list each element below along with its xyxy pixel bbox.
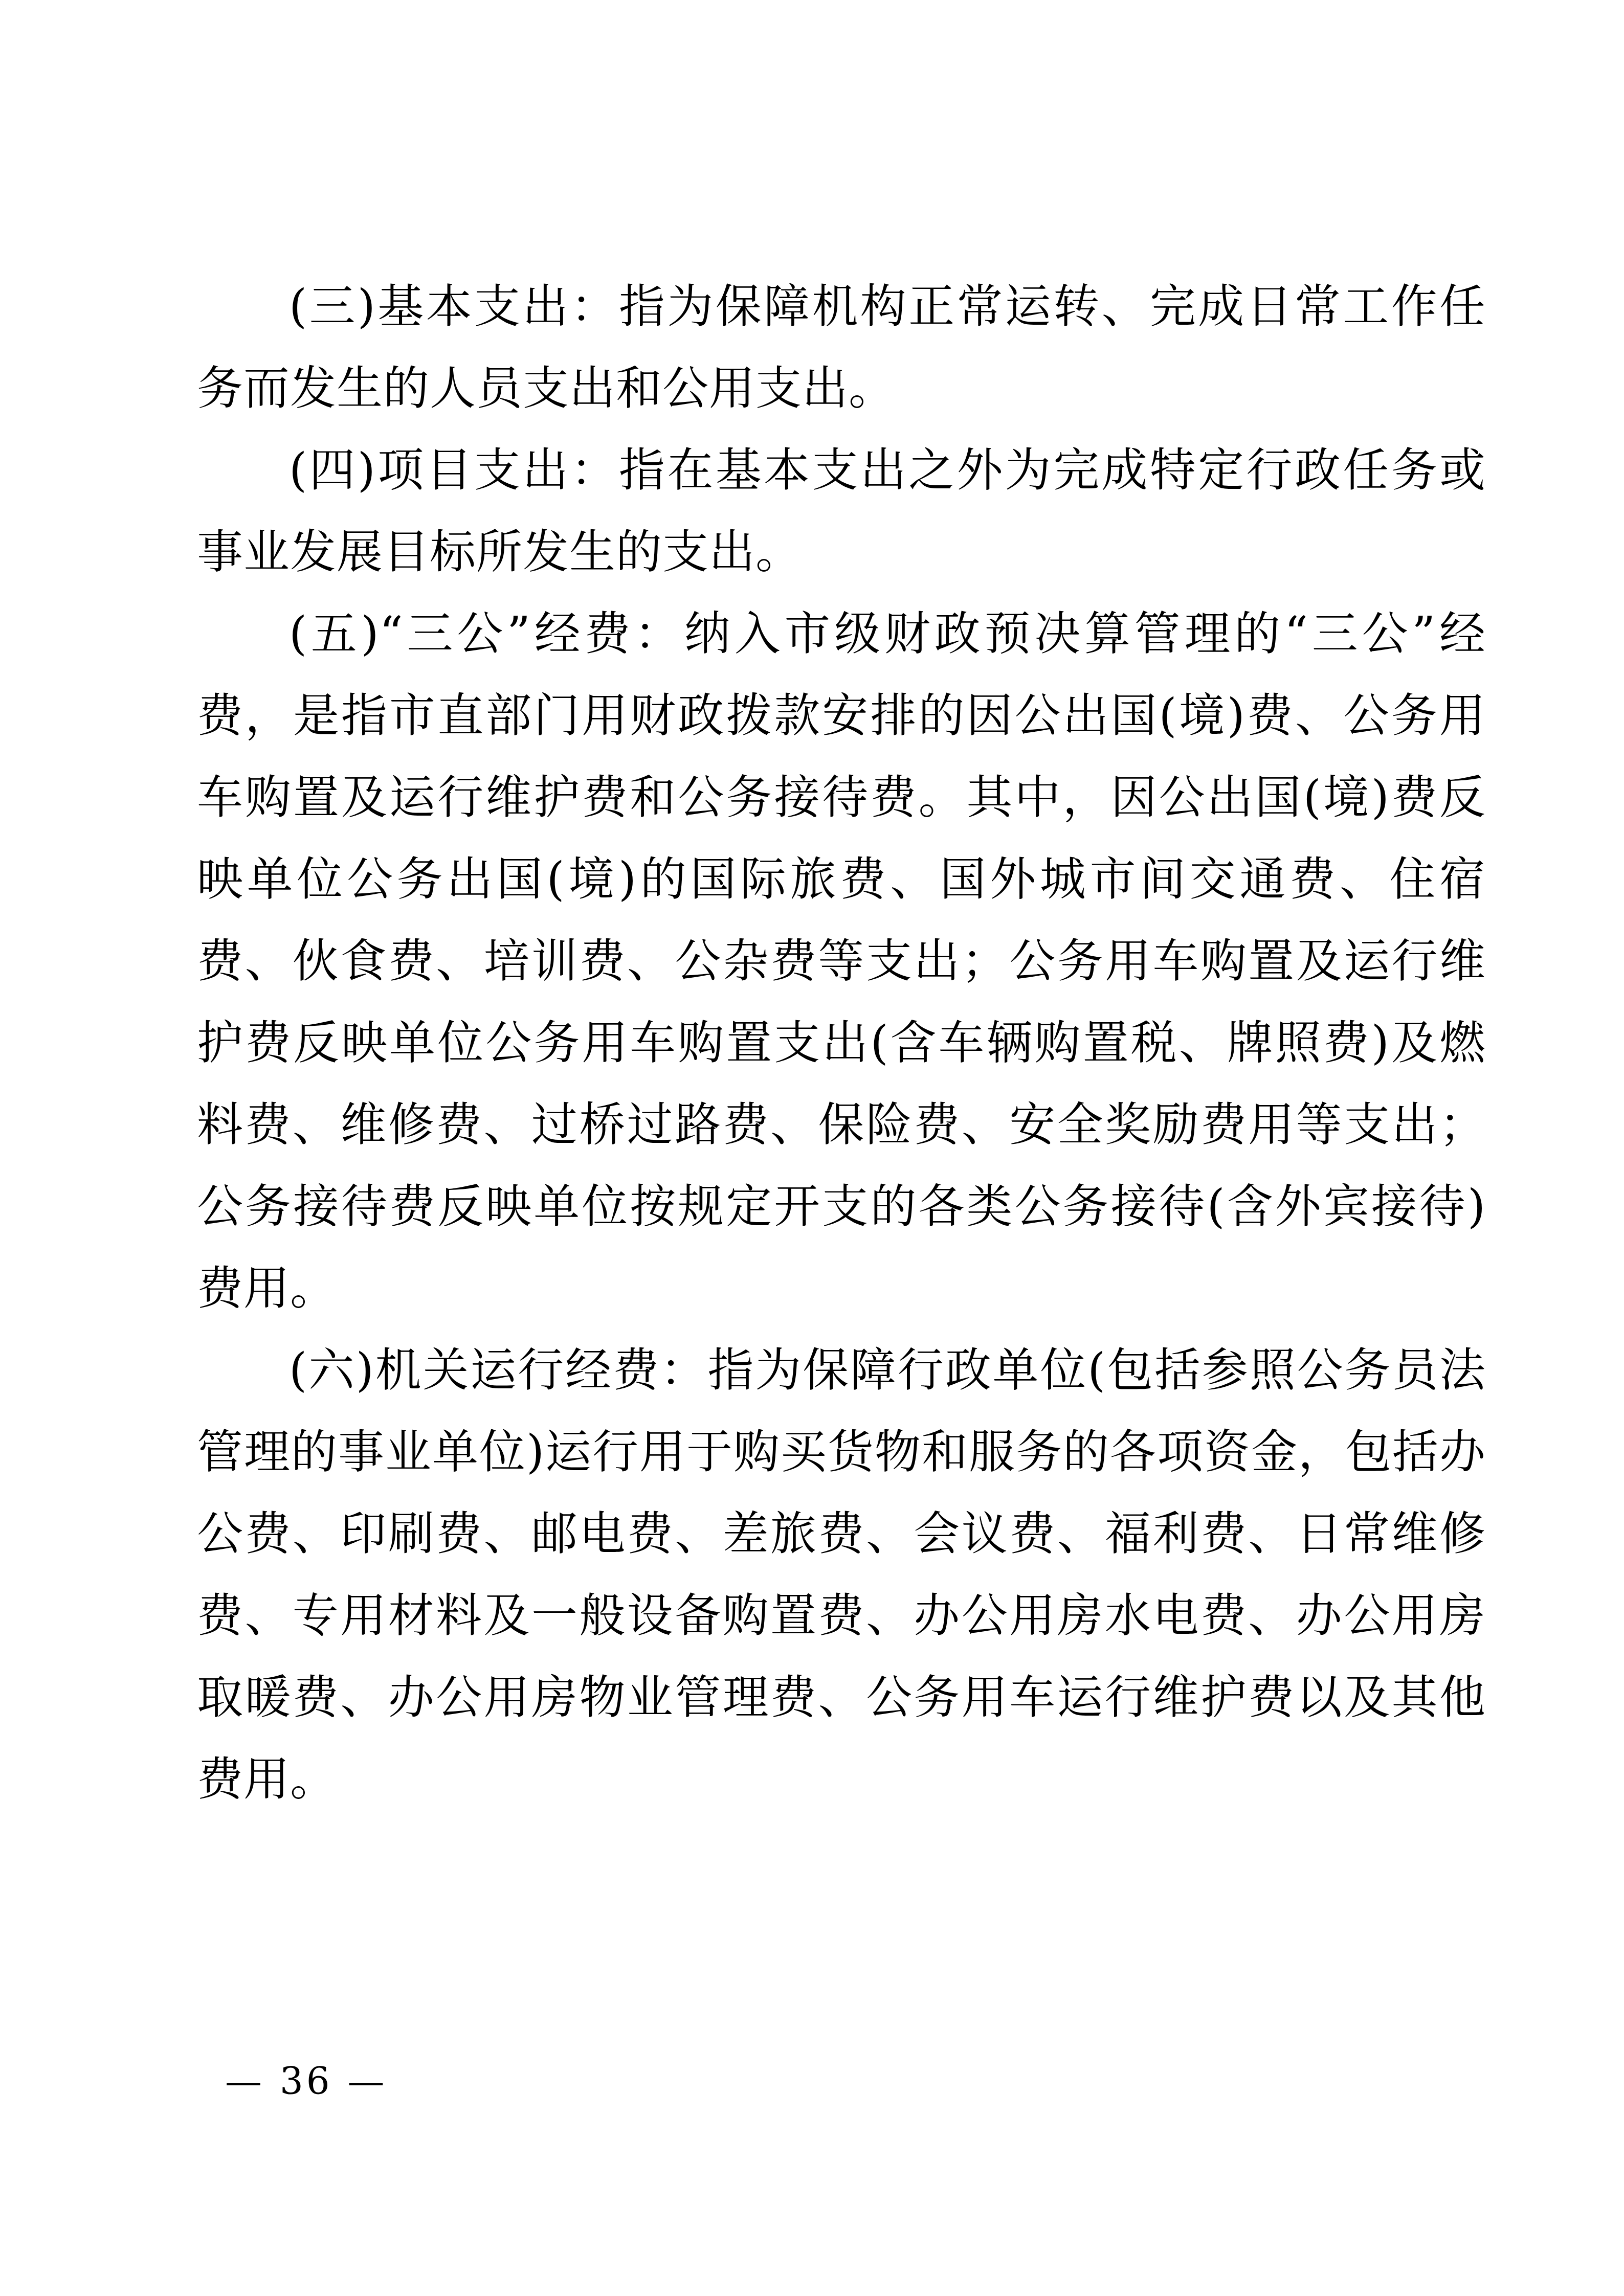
paragraph-project-expenditure: (四)项目支出：指在基本支出之外为完成特定行政任务或事业发展目标所发生的支出。 xyxy=(197,430,1486,593)
page-number-footer: — 36 — xyxy=(225,2061,387,2102)
paragraph-agency-operating-funds: (六)机关运行经费：指为保障行政单位(包括参照公务员法管理的事业单位)运行用于购… xyxy=(197,1330,1486,1820)
paragraph-basic-expenditure: (三)基本支出：指为保障机构正常运转、完成日常工作任务而发生的人员支出和公用支出… xyxy=(197,266,1486,430)
document-page: (三)基本支出：指为保障机构正常运转、完成日常工作任务而发生的人员支出和公用支出… xyxy=(0,0,1624,2296)
paragraph-three-public-funds: (五)“三公”经费：纳入市级财政预决算管理的“三公”经费，是指市直部门用财政拨款… xyxy=(197,593,1486,1330)
document-body: (三)基本支出：指为保障机构正常运转、完成日常工作任务而发生的人员支出和公用支出… xyxy=(197,266,1486,1820)
